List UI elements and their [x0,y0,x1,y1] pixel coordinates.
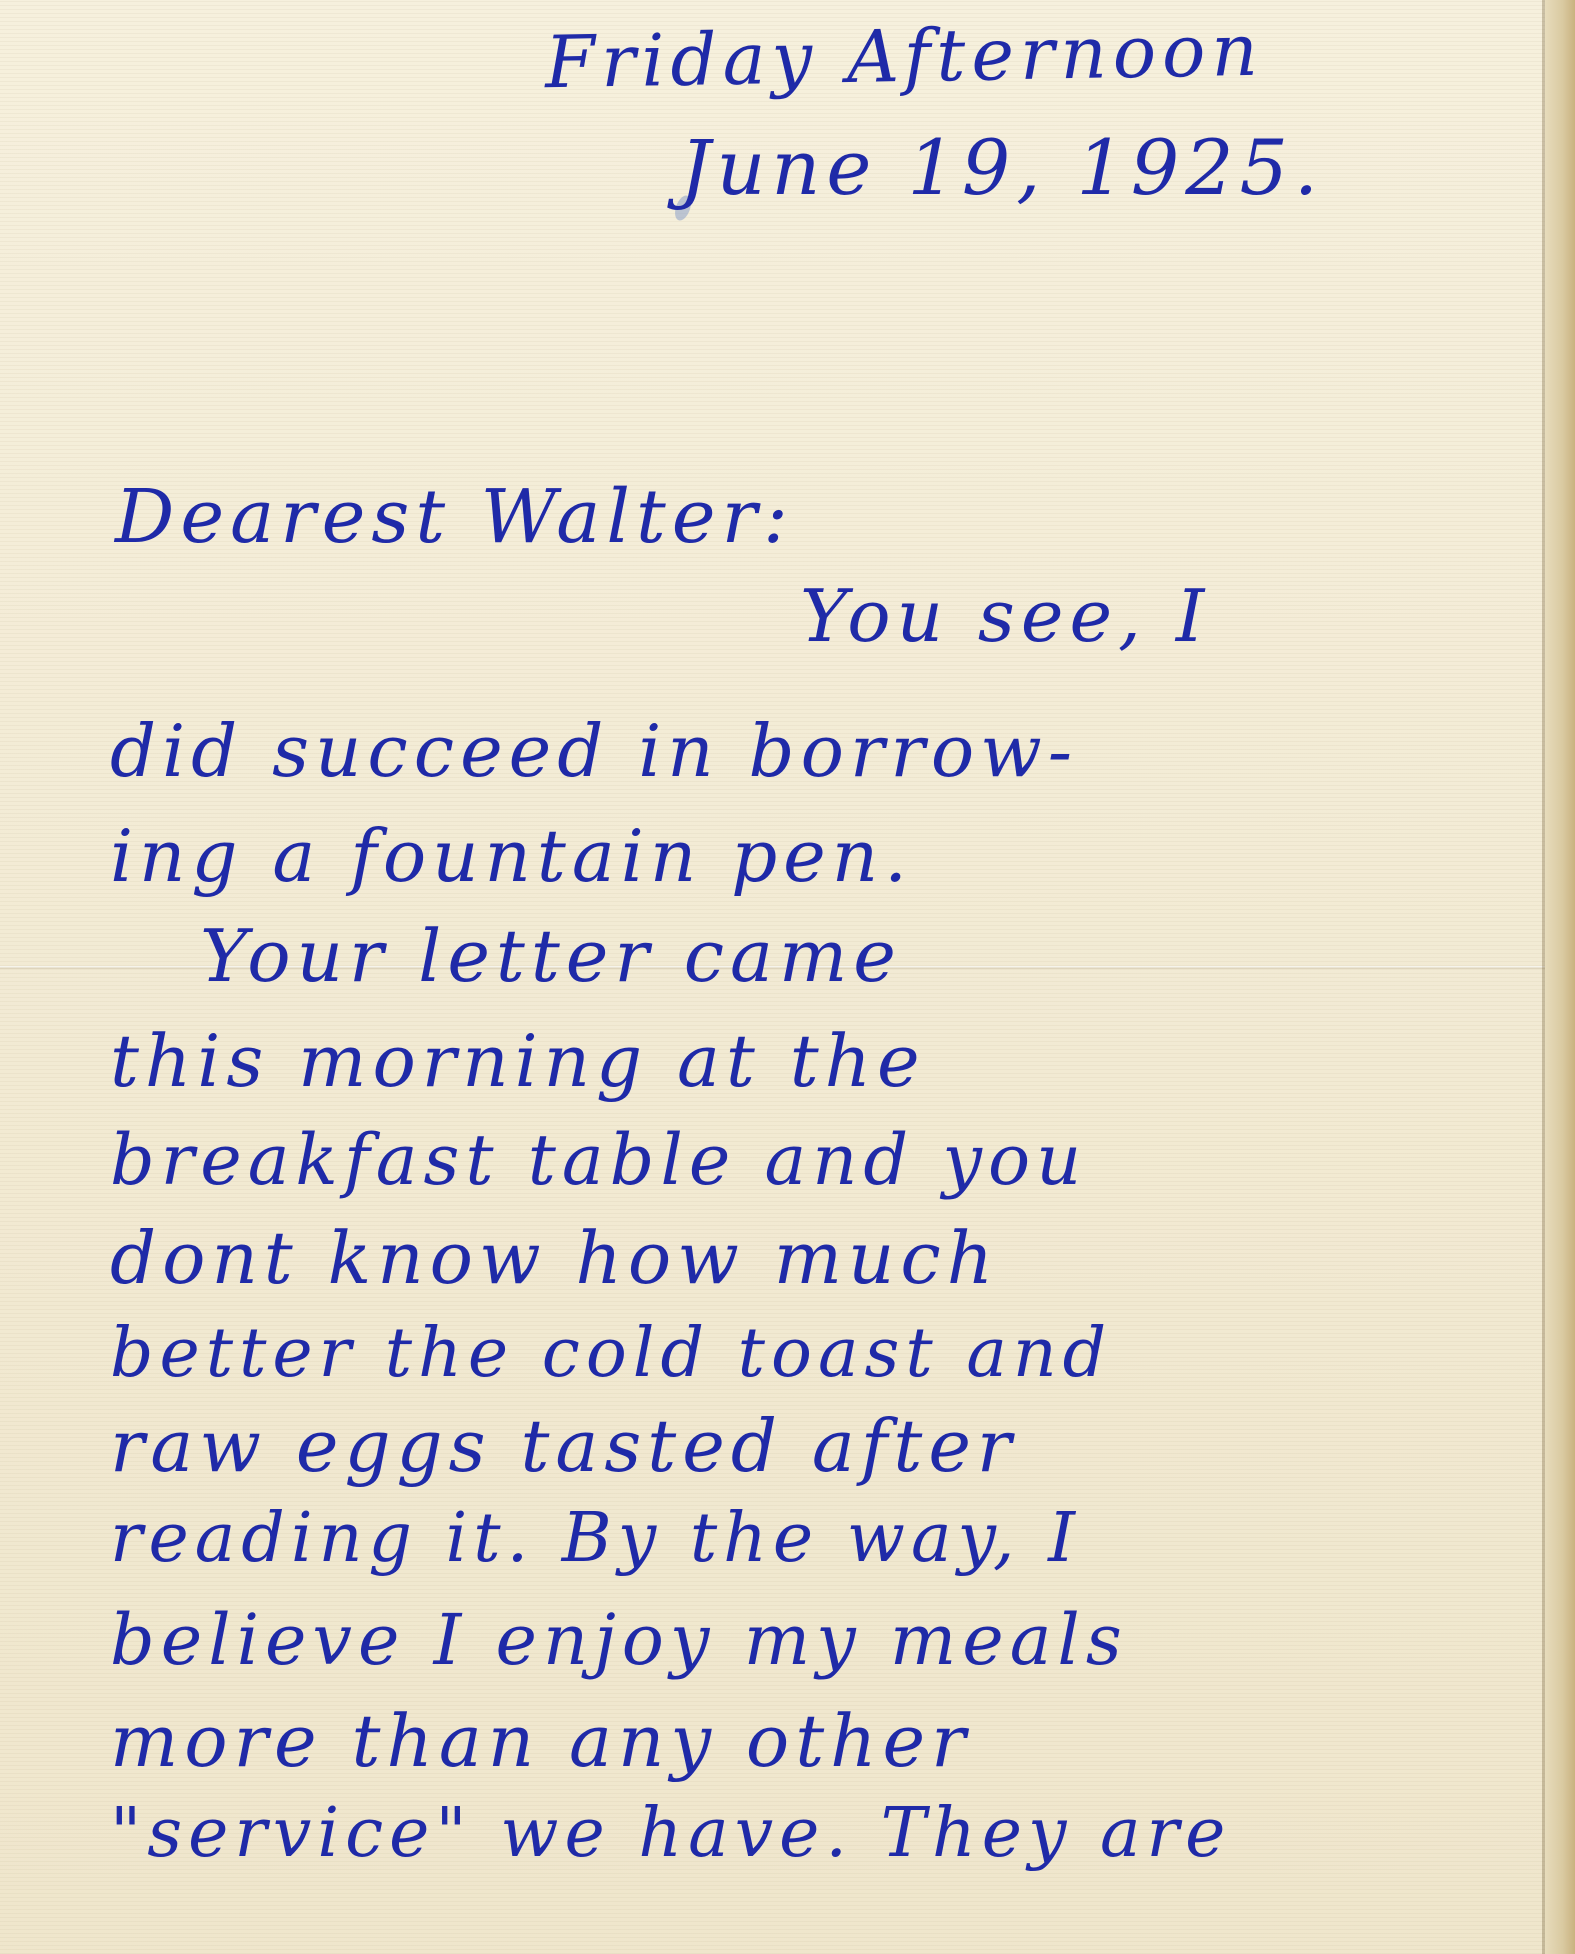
letter-line: dont know how much [110,1222,999,1294]
letter-line: better the cold toast and [110,1320,1112,1388]
heading-date: June 19, 1925. [680,130,1324,206]
letter-line: "service" we have. They are [110,1800,1231,1868]
letter-line: reading it. By the way, I [110,1505,1081,1573]
salutation: Dearest Walter: [115,480,794,554]
page-edge [1545,0,1575,1954]
letter-line: Your letter came [200,920,902,992]
letter-line: believe I enjoy my meals [110,1605,1128,1675]
letter-line: raw eggs tasted after [110,1410,1017,1482]
letter-line: more than any other [110,1705,972,1777]
letter-line: You see, I [800,580,1210,652]
letter-line: breakfast table and you [110,1125,1087,1195]
letter-line: this morning at the [110,1025,926,1097]
heading-day: Friday Afternoon [544,14,1264,99]
letter-line: ing a fountain pen. [110,820,913,892]
letter-line: did succeed in borrow- [110,715,1078,787]
